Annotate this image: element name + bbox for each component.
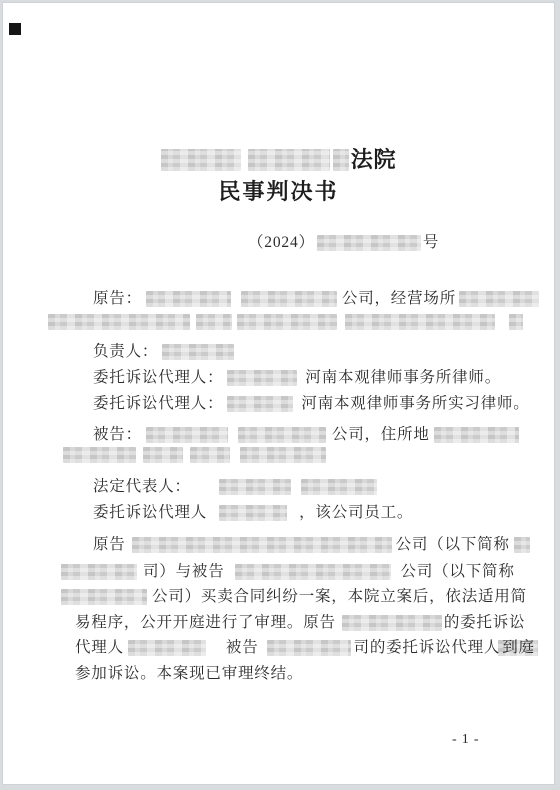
text-segment: 公司，经营场所 [342, 288, 456, 309]
redaction-block [161, 149, 241, 171]
text-segment: 河南本观律师事务所实习律师。 [301, 393, 529, 414]
redaction-block [63, 447, 136, 463]
text-segment: 公司）买卖合同纠纷一案，本院立案后，依法适用简 [152, 586, 527, 607]
spacing-gap [191, 486, 219, 487]
text-segment: 原告： [93, 288, 142, 309]
redaction-block [190, 447, 230, 463]
text-segment: ，该公司员工。 [299, 502, 413, 523]
redaction-block [267, 640, 351, 656]
para-line-5: 代理人被告司的委托诉讼代理人到庭 [75, 637, 535, 658]
agent-line-2: 委托诉讼代理人：河南本观律师事务所实习律师。 [93, 393, 530, 414]
case-number-line: （2024）号 [248, 232, 439, 253]
agent-line-3: 委托诉讼代理人，该公司员工。 [93, 502, 413, 523]
defendant-address-line [63, 447, 326, 463]
redaction-block [227, 396, 293, 412]
doc-title-line: 民事判决书 [3, 178, 554, 206]
text-segment: 公司（以下简称 [401, 561, 515, 582]
redaction-block [514, 537, 530, 553]
text-segment: 委托诉讼代理人 [93, 502, 207, 523]
spacing-gap [228, 434, 238, 435]
legal-rep-line: 法定代表人： [93, 476, 377, 497]
spacing-gap [241, 160, 248, 161]
text-segment: 到庭 [502, 637, 535, 658]
redaction-block [61, 589, 147, 605]
spacing-gap [231, 298, 241, 299]
redaction-block [248, 149, 330, 171]
text-segment: 法定代表人： [93, 476, 191, 497]
text-segment: 司）与被告 [143, 561, 225, 582]
redaction-block [61, 564, 137, 580]
redaction-block [219, 479, 291, 495]
plaintiff-address-line [48, 314, 523, 330]
spacing-gap [297, 377, 305, 378]
text-segment: 法院 [351, 146, 397, 174]
para-line-2: 司）与被告公司（以下简称 [61, 561, 515, 582]
text-segment: 司的委托诉讼代理人 [354, 637, 501, 658]
court-title-line: 法院 [3, 146, 554, 174]
redaction-block [48, 314, 190, 330]
text-segment: 原告 [93, 534, 126, 555]
redaction-block [146, 291, 231, 307]
redaction-block [235, 564, 391, 580]
text-segment: 民事判决书 [218, 178, 338, 206]
text-segment: - 1 - [452, 730, 479, 750]
spacing-gap [391, 571, 401, 572]
text-segment: 易程序，公开开庭进行了审理。原告 [75, 612, 336, 633]
redaction-block [146, 427, 228, 443]
spacing-gap [293, 403, 301, 404]
redaction-block [509, 314, 523, 330]
redaction-block [317, 235, 421, 251]
text-segment: 参加诉讼。本案现已审理终结。 [75, 663, 303, 684]
para-line-1: 原告公司（以下简称 [93, 534, 530, 555]
text-segment: 被告： [93, 424, 142, 445]
spacing-gap [183, 455, 190, 456]
spacing-gap [207, 512, 219, 513]
redaction-block [241, 291, 337, 307]
text-segment: 公司（以下简称 [396, 534, 510, 555]
text-segment: （2024） [248, 232, 315, 253]
text-segment: 号 [423, 232, 439, 253]
para-line-3: 公司）买卖合同纠纷一案，本院立案后，依法适用简 [61, 586, 527, 607]
text-segment: 代理人 [75, 637, 124, 658]
para-line-4: 易程序，公开开庭进行了审理。原告的委托诉讼 [75, 612, 525, 633]
redaction-block [342, 615, 442, 631]
redaction-block [196, 314, 232, 330]
text-segment: 负责人： [93, 341, 158, 362]
spacing-gap [336, 622, 342, 623]
spacing-gap [495, 322, 509, 323]
redaction-block [240, 447, 326, 463]
spacing-gap [136, 455, 143, 456]
redaction-block [227, 370, 297, 386]
para-line-6: 参加诉讼。本案现已审理终结。 [75, 663, 303, 684]
text-segment: 的委托诉讼 [444, 612, 526, 633]
text-segment: 委托诉讼代理人： [93, 393, 223, 414]
page-number: - 1 - [452, 730, 479, 750]
spacing-gap [291, 486, 301, 487]
defendant-line: 被告：公司，住所地 [93, 424, 519, 445]
agent-line-1: 委托诉讼代理人：河南本观律师事务所律师。 [93, 367, 501, 388]
spacing-gap [287, 512, 299, 513]
redaction-block [143, 447, 183, 463]
principal-line: 负责人： [93, 341, 234, 362]
redaction-block [219, 505, 287, 521]
redaction-block [162, 344, 234, 360]
text-segment: 河南本观律师事务所律师。 [305, 367, 501, 388]
spacing-gap [337, 322, 345, 323]
spacing-gap [206, 647, 226, 648]
redaction-block [237, 314, 337, 330]
redaction-block [333, 149, 349, 171]
document-page: 法院民事判决书（2024）号原告：公司，经营场所负责人：委托诉讼代理人：河南本观… [2, 2, 555, 785]
spacing-gap [225, 571, 235, 572]
redaction-block [301, 479, 377, 495]
text-segment: 委托诉讼代理人： [93, 367, 223, 388]
spacing-gap [259, 647, 267, 648]
redaction-block [345, 314, 495, 330]
redaction-block [434, 427, 519, 443]
redaction-block [132, 537, 392, 553]
scanned-judgment-screenshot: { "document": { "court_title_suffix": "法… [0, 0, 560, 790]
text-segment: 被告 [226, 637, 259, 658]
spacing-gap [230, 455, 240, 456]
redaction-block [238, 427, 326, 443]
plaintiff-line: 原告：公司，经营场所 [93, 288, 539, 309]
redaction-block [128, 640, 206, 656]
scan-corner-mark [9, 23, 21, 35]
redaction-block [459, 291, 539, 307]
spacing-gap [126, 544, 132, 545]
text-segment: 公司，住所地 [332, 424, 430, 445]
